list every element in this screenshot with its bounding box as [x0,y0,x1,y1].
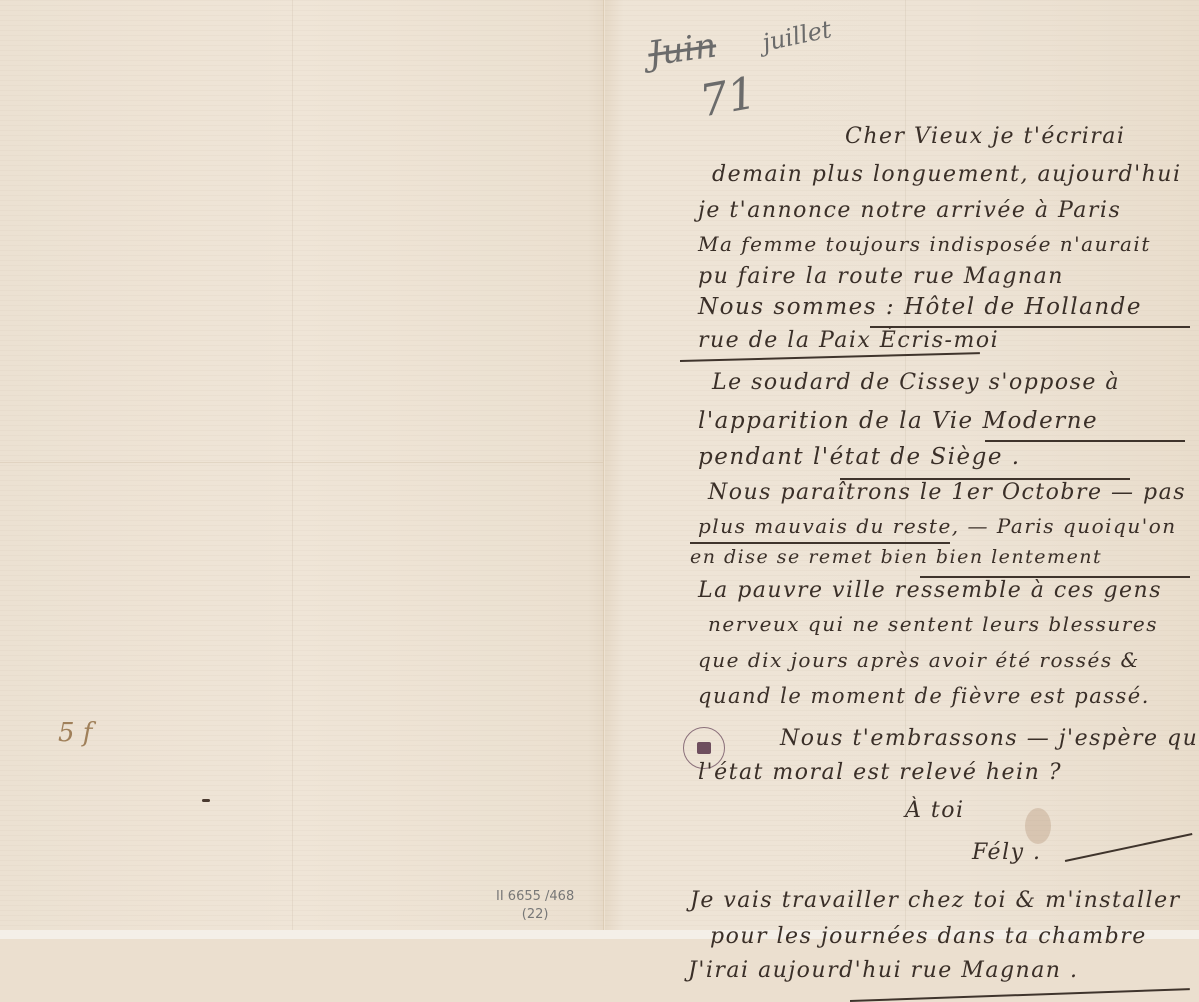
letter-line: rue de la Paix Écris-moi [698,328,999,353]
letter-line: pendant l'état de Siège . [698,444,1021,470]
shelfmark: II 6655 /468 (22) [496,888,574,924]
margin-marks: 5 f [58,718,92,748]
horizontal-fold [0,462,603,463]
center-fold [603,0,605,939]
letter-line: je t'annonce notre arrivée à Paris [698,198,1121,223]
letter-line: demain plus longuement, aujourd'hui [712,162,1182,187]
letter-closing: À toi [905,798,965,823]
ink-speck [202,799,210,802]
shelfmark-number: II 6655 /468 [496,888,574,906]
signature-flourish [1065,833,1192,861]
letter-line: en dise se remet bien bien lentement [690,546,1102,568]
letter-line: que dix jours après avoir été rossés & [698,648,1140,672]
letter-line: nerveux qui ne sentent leurs blessures [708,612,1158,636]
shelfmark-sub: (22) [496,906,574,924]
fold-line-left [292,0,293,939]
letter-line: Ma femme toujours indisposée n'aurait [698,232,1151,256]
letter-line: Nous t'embrassons — j'espère que [780,726,1199,751]
letter-postscript-line: Je vais travailler chez toi & m'installe… [690,888,1181,913]
date-annotation-month: juillet [760,15,834,57]
date-annotation-struck: Juin [646,25,719,74]
letter-line: pu faire la route rue Magnan [698,264,1064,289]
letter-line: plus mauvais du reste, — Paris quoiqu'on [698,514,1177,538]
section-divider [680,352,980,361]
letter-postscript-line: pour les journées dans ta chambre [710,924,1147,939]
underline [690,542,950,544]
stamp-emblem [697,742,711,754]
letter-line: l'apparition de la Vie Moderne [698,408,1098,434]
letter-line: La pauvre ville ressemble à ces gens [698,578,1162,603]
letter-line: quand le moment de fièvre est passé. [698,684,1150,708]
letter-line: Nous sommes : Hôtel de Hollande [698,294,1142,320]
date-annotation-number: 71 [696,68,760,128]
letter-line: l'état moral est relevé hein ? [698,760,1062,785]
letter-signature: Fély . [972,840,1042,865]
letter-line: Cher Vieux je t'écrirai [845,124,1125,149]
ink-stain [1025,808,1051,844]
underline [985,440,1185,442]
letter-sheet: Juin 71 juillet 5 f II 6655 /468 (22) Ch… [0,0,1199,939]
letter-line: Le soudard de Cissey s'oppose à [712,370,1120,395]
letter-line: Nous paraîtrons le 1er Octobre — pas [708,480,1186,505]
